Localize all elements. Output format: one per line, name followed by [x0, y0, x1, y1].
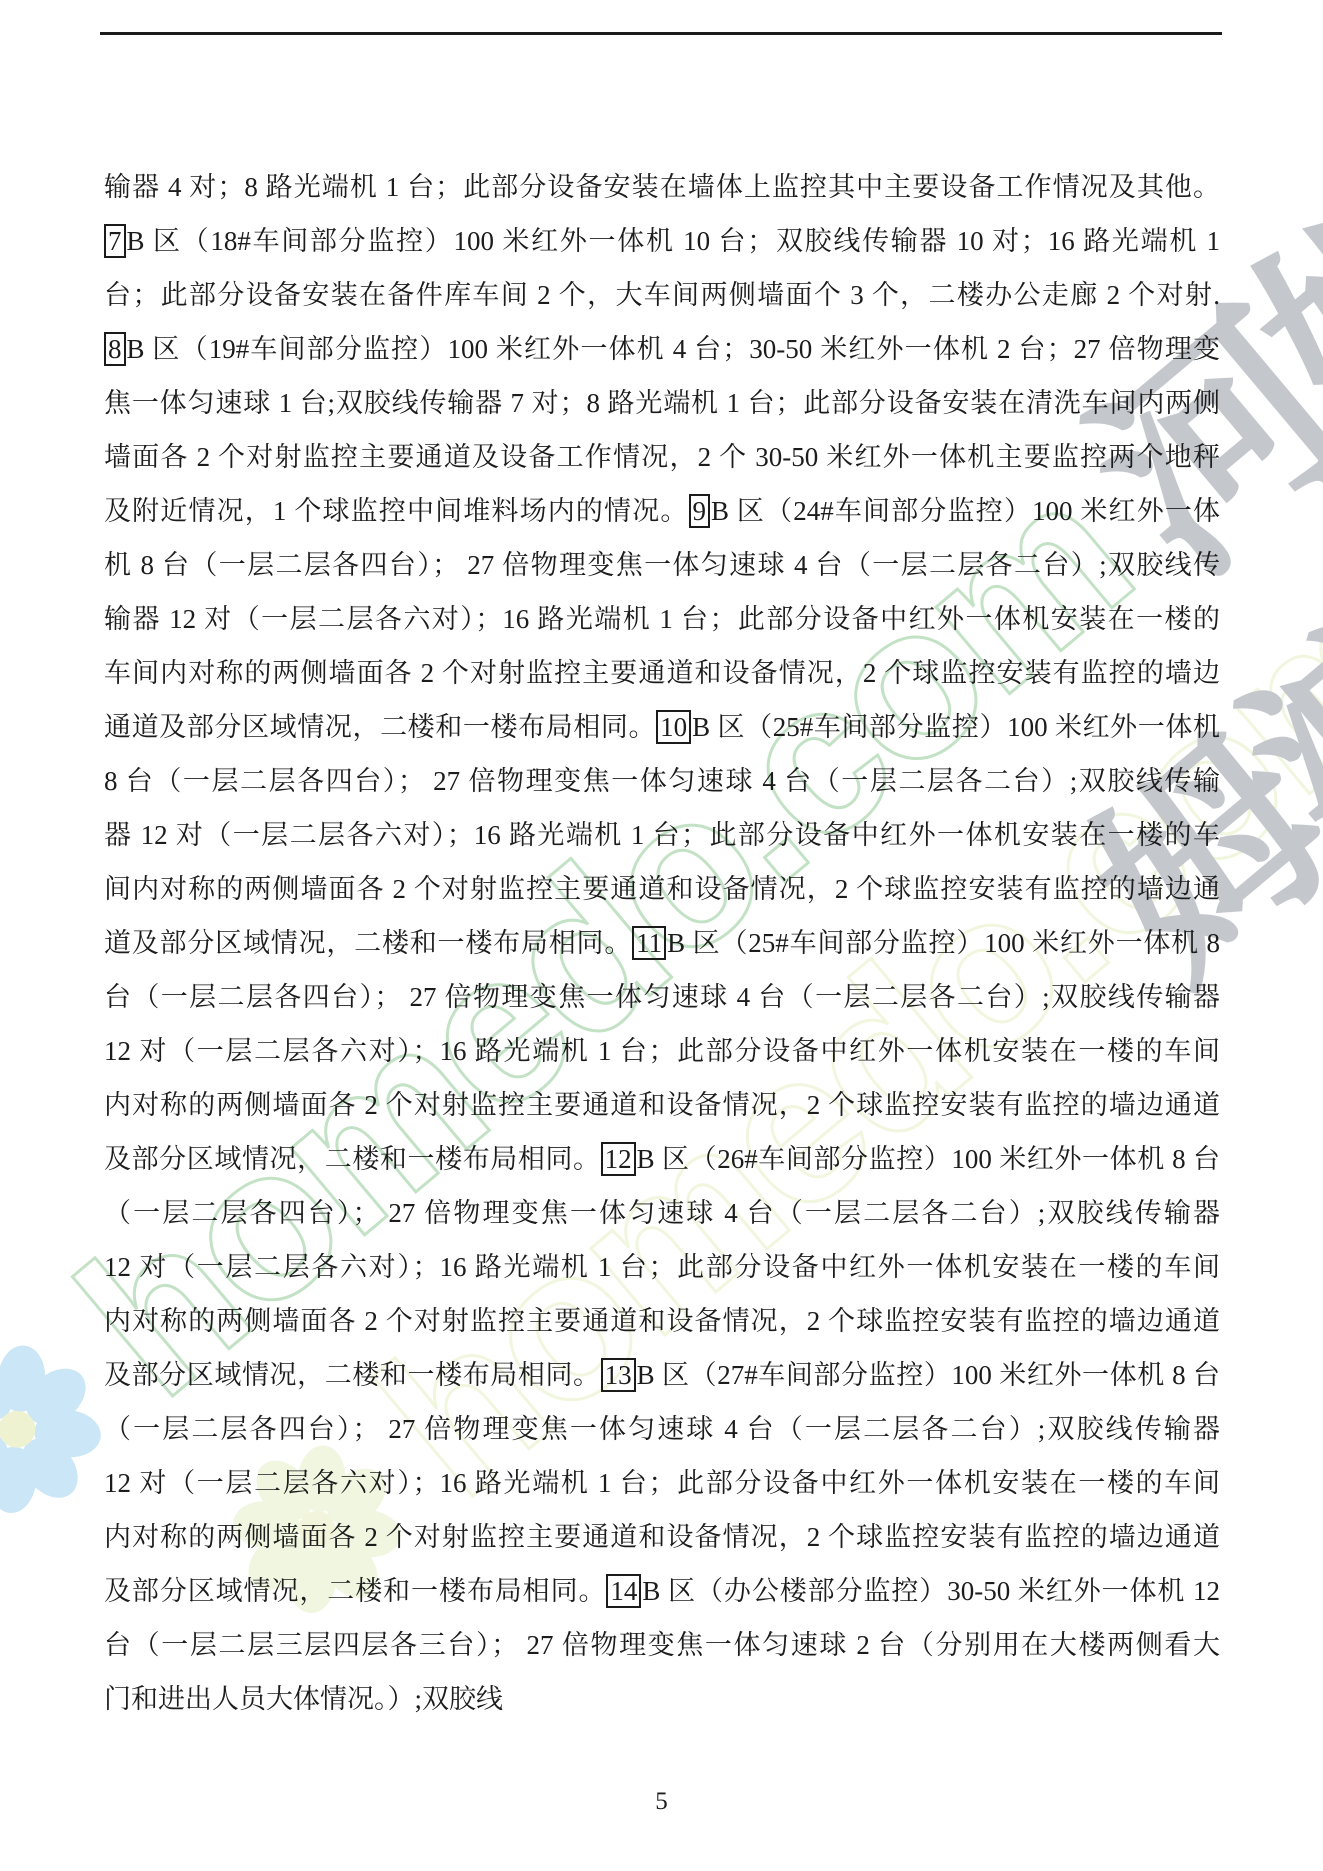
- text-line: 台（一层二层三层四层各三台）； 27 倍物理变焦一体匀速球 2 台（分别用在大楼…: [104, 1618, 1220, 1672]
- document-body: 输器 4 对；8 路光端机 1 台；此部分设备安装在墙体上监控其中主要设备工作情…: [104, 160, 1220, 1726]
- text-line: 内对称的两侧墙面各 2 个对射监控主要通道和设备情况，2 个球监控安装有监控的墙…: [104, 1078, 1220, 1132]
- text-line: 机 8 台（一层二层各四台）； 27 倍物理变焦一体匀速球 4 台（一层二层各二…: [104, 538, 1220, 592]
- text-line: 墙面各 2 个对射监控主要通道及设备工作情况，2 个 30-50 米红外一体机主…: [104, 430, 1220, 484]
- revision-boxed-number: 9: [689, 494, 711, 528]
- revision-boxed-number: 14: [606, 1574, 641, 1608]
- text-line: 12 对（一层二层各六对）；16 路光端机 1 台；此部分设备中红外一体机安装在…: [104, 1024, 1220, 1078]
- text-line: 门和进出人员大体情况。）;双胶线: [104, 1672, 1220, 1726]
- text-line: 12 对（一层二层各六对）；16 路光端机 1 台；此部分设备中红外一体机安装在…: [104, 1240, 1220, 1294]
- text-line: 通道及部分区域情况，二楼和一楼布局相同。10B 区（25#车间部分监控）100 …: [104, 700, 1220, 754]
- text-line: 输器 4 对；8 路光端机 1 台；此部分设备安装在墙体上监控其中主要设备工作情…: [104, 160, 1220, 214]
- text-line: 车间内对称的两侧墙面各 2 个对射监控主要通道和设备情况，2 个球监控安装有监控…: [104, 646, 1220, 700]
- text-line: 台；此部分设备安装在备件库车间 2 个，大车间两侧墙面个 3 个，二楼办公走廊 …: [104, 268, 1220, 322]
- text-line: 焦一体匀速球 1 台;双胶线传输器 7 对；8 路光端机 1 台；此部分设备安装…: [104, 376, 1220, 430]
- revision-boxed-number: 7: [104, 224, 126, 258]
- text-line: 内对称的两侧墙面各 2 个对射监控主要通道和设备情况，2 个球监控安装有监控的墙…: [104, 1294, 1220, 1348]
- revision-boxed-number: 11: [632, 926, 666, 960]
- text-line: 及部分区域情况，二楼和一楼布局相同。14B 区（办公楼部分监控）30-50 米红…: [104, 1564, 1220, 1618]
- text-line: 7B 区（18#车间部分监控）100 米红外一体机 10 台；双胶线传输器 10…: [104, 214, 1220, 268]
- revision-boxed-number: 12: [601, 1142, 636, 1176]
- page: { "page": { "number": "5" }, "watermark"…: [0, 0, 1323, 1871]
- text-line: 及部分区域情况，二楼和一楼布局相同。12B 区（26#车间部分监控）100 米红…: [104, 1132, 1220, 1186]
- text-line: 内对称的两侧墙面各 2 个对射监控主要通道和设备情况，2 个球监控安装有监控的墙…: [104, 1510, 1220, 1564]
- text-line: 间内对称的两侧墙面各 2 个对射监控主要通道和设备情况，2 个球监控安装有监控的…: [104, 862, 1220, 916]
- text-line: 8 台（一层二层各四台）； 27 倍物理变焦一体匀速球 4 台（一层二层各二台）…: [104, 754, 1220, 808]
- page-number: 5: [0, 1788, 1323, 1816]
- text-line: 12 对（一层二层各六对）；16 路光端机 1 台；此部分设备中红外一体机安装在…: [104, 1456, 1220, 1510]
- watermark-brand-cjk: 河姆渡: [1315, 63, 1323, 729]
- revision-boxed-number: 10: [656, 710, 691, 744]
- text-line: 道及部分区域情况，二楼和一楼布局相同。11B 区（25#车间部分监控）100 米…: [104, 916, 1220, 970]
- text-line: 及部分区域情况，二楼和一楼布局相同。13B 区（27#车间部分监控）100 米红…: [104, 1348, 1220, 1402]
- revision-boxed-number: 13: [601, 1358, 636, 1392]
- text-line: 输器 12 对（一层二层各六对）；16 路光端机 1 台；此部分设备中红外一体机…: [104, 592, 1220, 646]
- text-line: 器 12 对（一层二层各六对）；16 路光端机 1 台；此部分设备中红外一体机安…: [104, 808, 1220, 862]
- text-line: 及附近情况，1 个球监控中间堆料场内的情况。9B 区（24#车间部分监控）100…: [104, 484, 1220, 538]
- text-line: （一层二层各四台）； 27 倍物理变焦一体匀速球 4 台（一层二层各二台）;双胶…: [104, 1186, 1220, 1240]
- text-line: 8B 区（19#车间部分监控）100 米红外一体机 4 台；30-50 米红外一…: [104, 322, 1220, 376]
- header-rule: [100, 32, 1222, 35]
- text-line: （一层二层各四台）； 27 倍物理变焦一体匀速球 4 台（一层二层各二台）;双胶…: [104, 1402, 1220, 1456]
- revision-boxed-number: 8: [104, 332, 126, 366]
- text-line: 台（一层二层各四台）； 27 倍物理变焦一体匀速球 4 台（一层二层各二台）;双…: [104, 970, 1220, 1024]
